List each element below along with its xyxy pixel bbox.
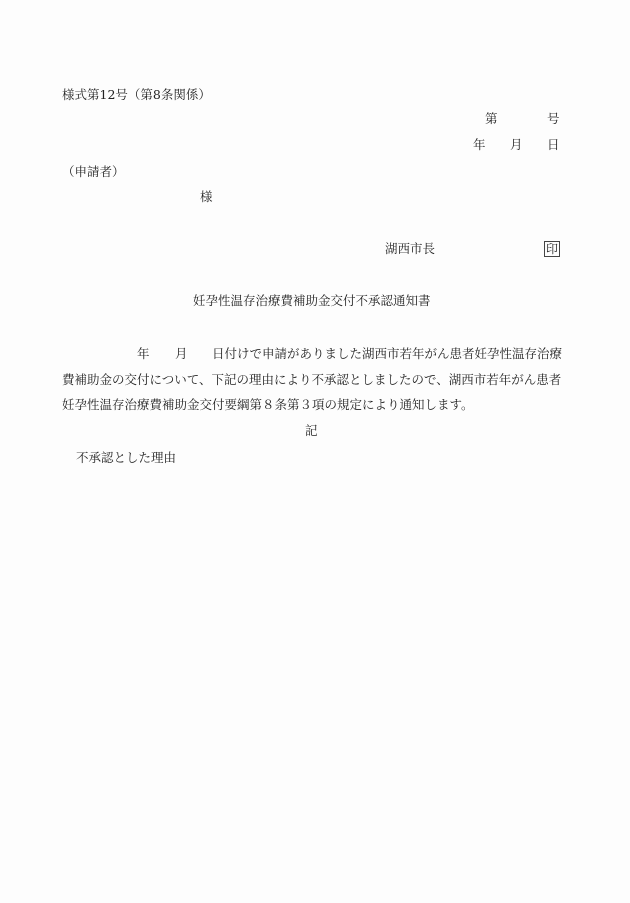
date-year-label: 年	[473, 139, 486, 152]
reason-label: 不承認とした理由	[76, 452, 176, 465]
body-line-1: 日付けで申請がありました湖西市若年がん患者妊孕性温存治療	[212, 348, 562, 361]
form-reference: 様式第12号（第8条関係）	[62, 89, 211, 102]
document-title: 妊孕性温存治療費補助金交付不承認通知書	[193, 295, 431, 308]
document-number-suffix: 号	[547, 113, 560, 126]
date-month-label: 月	[510, 139, 523, 152]
body-date-year: 年	[137, 348, 150, 361]
body-line-3: 妊孕性温存治療費補助金交付要綱第８条第３項の規定により通知します。	[62, 399, 474, 412]
body-line-2: 費補助金の交付について、下記の理由により不承認としましたので、湖西市若年がん患者	[62, 374, 561, 387]
document-number-prefix: 第	[485, 113, 498, 126]
seal-mark: 印	[544, 241, 560, 257]
body-date-month: 月	[175, 348, 188, 361]
document-page: 様式第12号（第8条関係） 第 号 年 月 日 （申請者） 様 湖西市長 印 妊…	[0, 0, 630, 903]
date-day-label: 日	[547, 139, 560, 152]
issuer-name: 湖西市長	[385, 243, 435, 256]
applicant-honorific: 様	[200, 191, 213, 204]
seal-icon: 印	[544, 241, 560, 257]
applicant-label: （申請者）	[62, 166, 125, 179]
note-heading: 記	[305, 425, 318, 438]
